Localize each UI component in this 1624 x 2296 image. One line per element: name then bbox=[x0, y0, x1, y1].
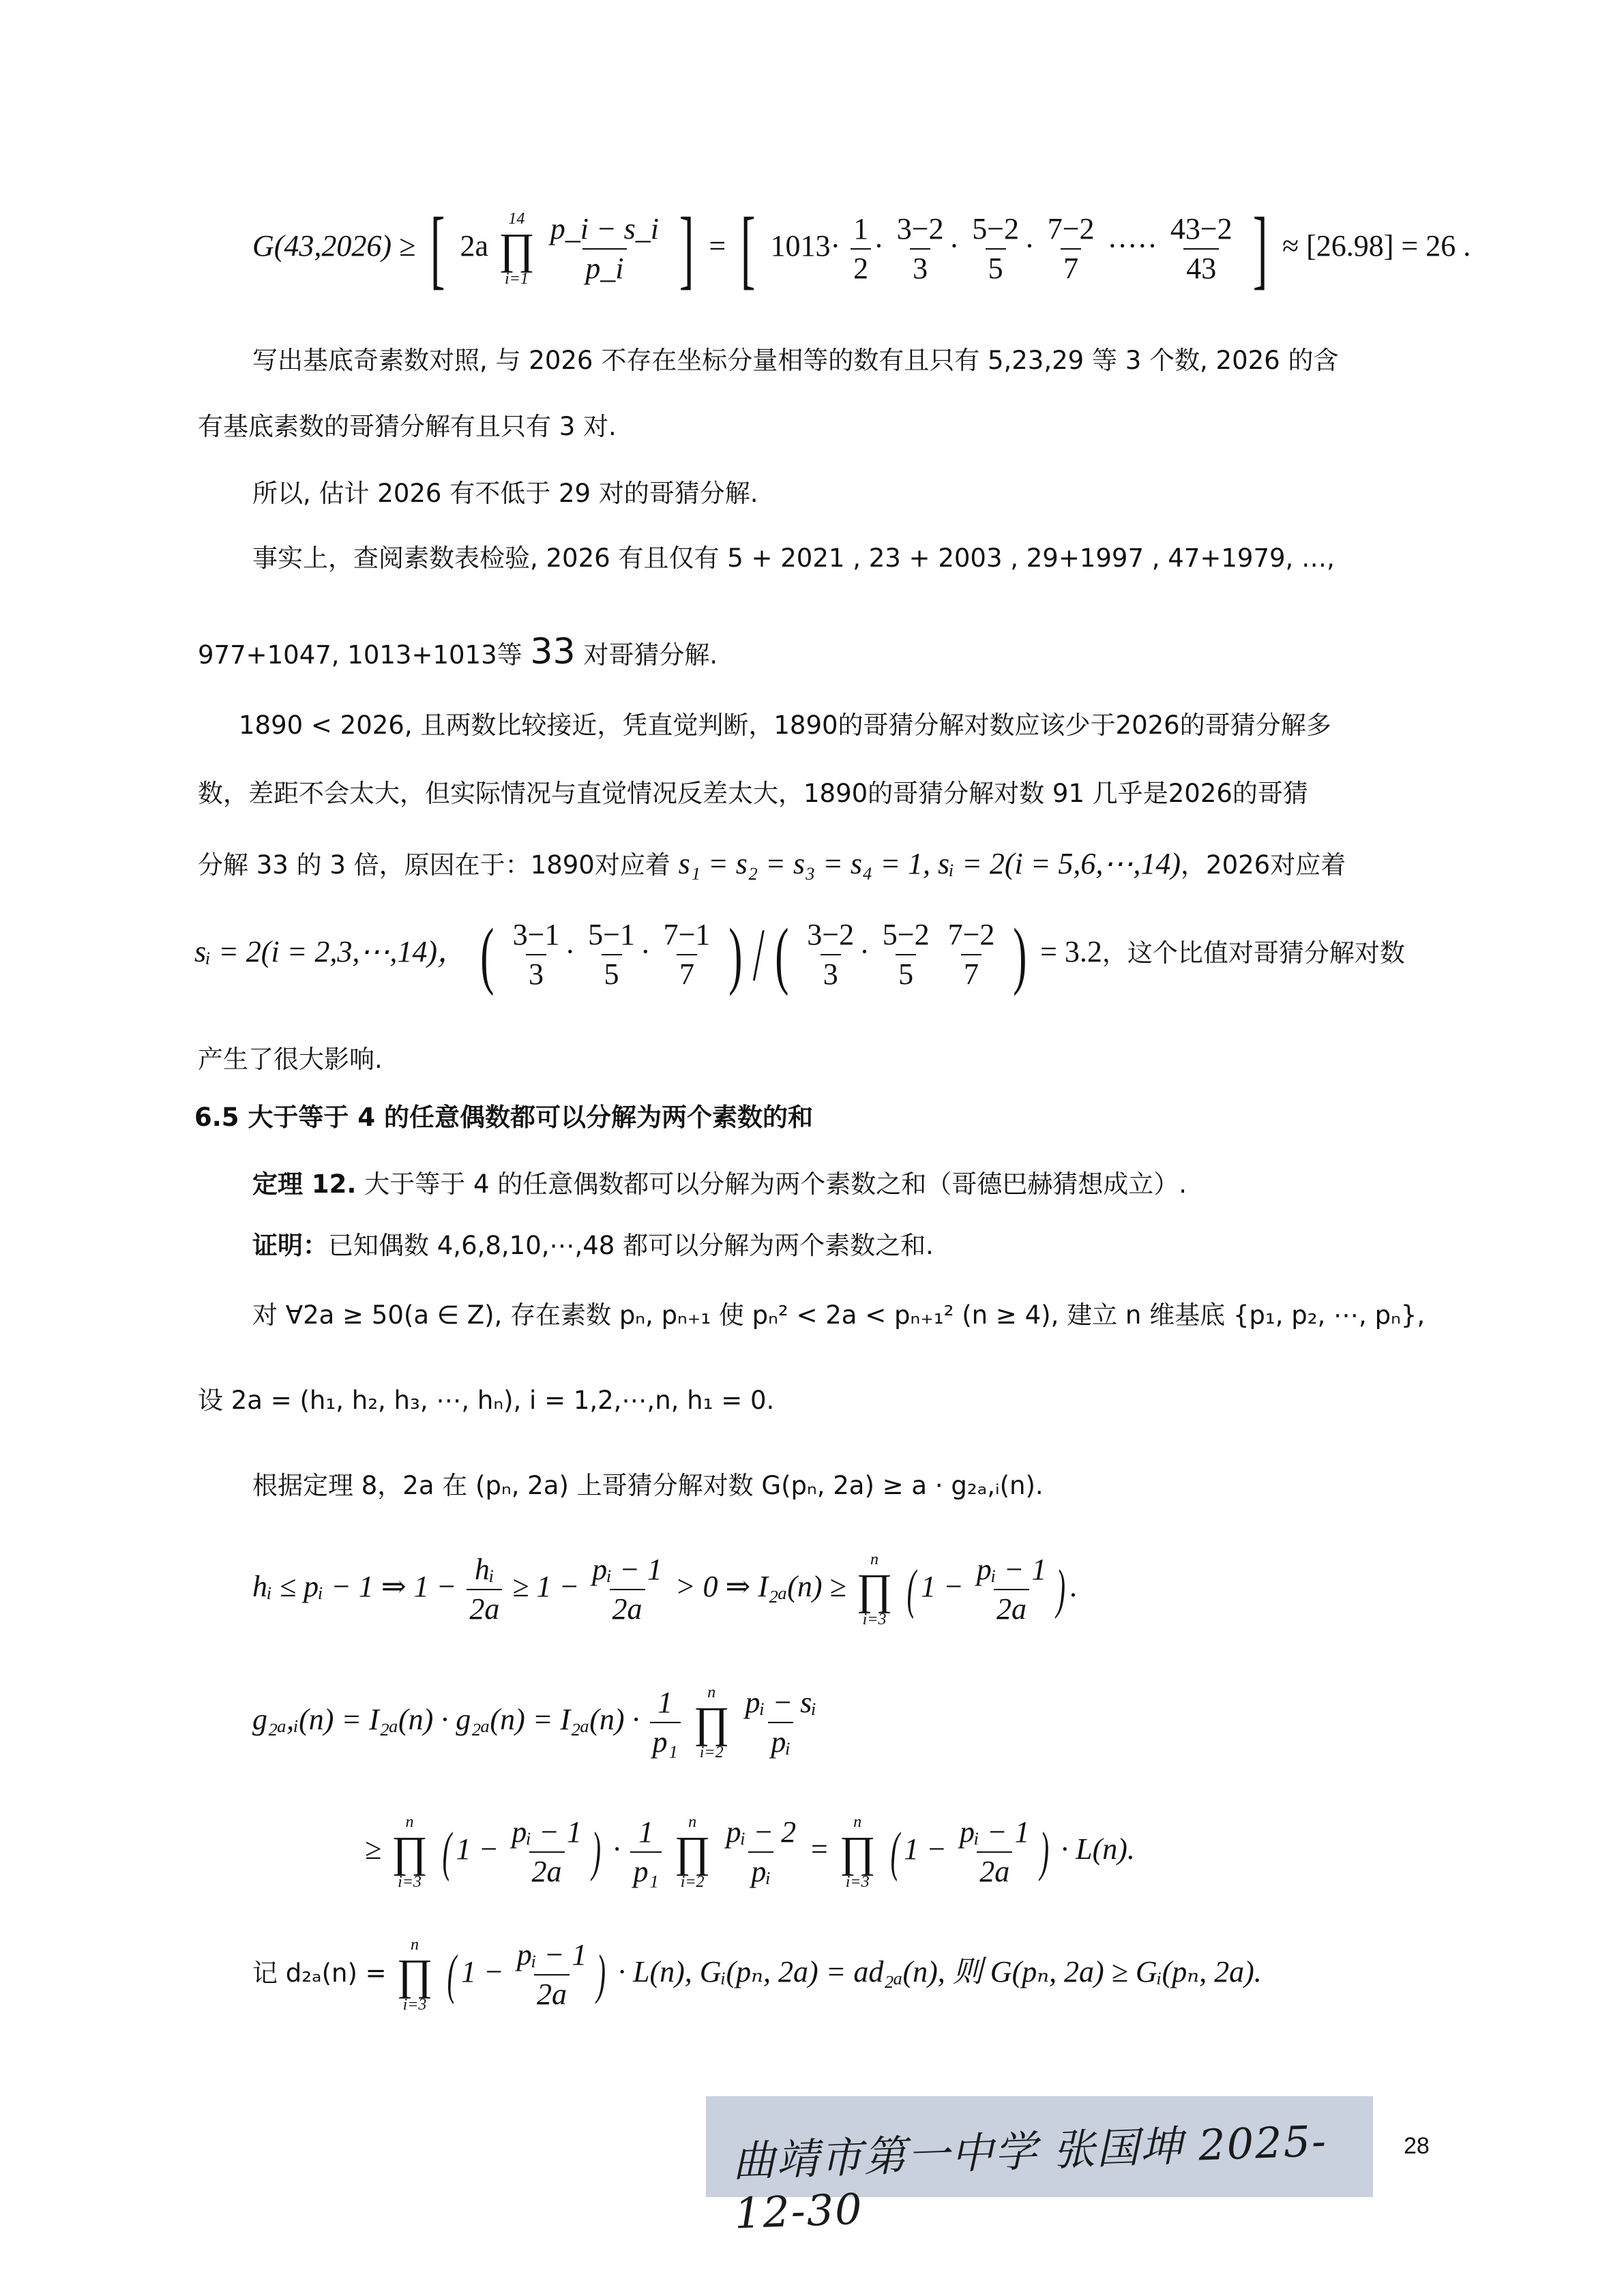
text-segment: ，这个比值对哥猜分解对数 bbox=[1102, 938, 1405, 968]
denominator: 5 bbox=[986, 248, 1006, 284]
section-title: 大于等于 4 的任意偶数都可以分解为两个素数的和 bbox=[248, 1103, 813, 1132]
denominator: 7 bbox=[961, 954, 981, 989]
text-segment: 对哥猜分解. bbox=[576, 640, 718, 670]
prod-lower: i=3 bbox=[863, 1611, 887, 1628]
fraction: pᵢ − sᵢpᵢ bbox=[743, 1688, 820, 1757]
prod-symbol: ∏ bbox=[694, 1701, 730, 1744]
right-paren: ) bbox=[1057, 1562, 1065, 1617]
denominator: p_i bbox=[582, 248, 626, 284]
fraction: pᵢ − 2pᵢ bbox=[723, 1817, 799, 1887]
definition-d-2a: 记 d₂ₐ(n) = n∏i=3 (1 − pᵢ − 12a) · L(n), … bbox=[252, 1937, 1262, 2013]
denominator: 5 bbox=[602, 954, 622, 989]
prod-lower: i=2 bbox=[681, 1874, 705, 1890]
left-paren: ( bbox=[890, 1825, 899, 1879]
equation-g-43-2026: G(43,2026) ≥ [ 2a 14 ∏ i=1 p_i − s_i p_i… bbox=[252, 205, 1471, 293]
equals: = bbox=[809, 1832, 829, 1866]
paragraph-line: 对 ∀2a ≥ 50(a ∈ Z), 存在素数 pₙ, pₙ₊₁ 使 pₙ² <… bbox=[252, 1302, 1425, 1328]
denominator: 2a bbox=[994, 1589, 1029, 1624]
numerator: 7−2 bbox=[1045, 214, 1097, 248]
paragraph-line: 1890 < 2026, 且两数比较接近，凭直觉判断，1890的哥猜分解对数应该… bbox=[239, 713, 1331, 738]
paragraph-line: 产生了很大影响. bbox=[198, 1047, 383, 1072]
left-bracket: [ bbox=[741, 205, 756, 293]
coef-1013: 1013· bbox=[770, 229, 840, 263]
paragraph-line: 有基底素数的哥猜分解有且只有 3 对. bbox=[198, 414, 617, 439]
product-operator: n∏i=2 bbox=[675, 1814, 711, 1890]
fraction: 7−17 bbox=[661, 920, 713, 989]
fraction: 3−23 bbox=[804, 920, 857, 989]
fraction: 5−15 bbox=[585, 920, 638, 989]
expr-part: 1 − bbox=[921, 1570, 964, 1603]
numerator: pᵢ − sᵢ bbox=[743, 1688, 820, 1722]
count-33: 33 bbox=[530, 631, 575, 672]
numerator: pᵢ − 1 bbox=[509, 1817, 585, 1851]
prod-symbol: ∏ bbox=[397, 1953, 433, 1997]
product-operator: n∏i=3 bbox=[397, 1937, 433, 2013]
denominator: 2 bbox=[851, 248, 871, 284]
denominator: 3 bbox=[526, 954, 546, 989]
denominator: pᵢ bbox=[768, 1722, 793, 1757]
numerator: 3−2 bbox=[804, 920, 857, 954]
fraction: pᵢ − 12a bbox=[957, 1817, 1033, 1887]
prod-symbol: ∏ bbox=[499, 227, 535, 271]
text-segment: 977+1047, 1013+1013等 bbox=[198, 640, 530, 670]
product-operator: n∏i=3 bbox=[392, 1814, 428, 1890]
division-slash: / bbox=[753, 917, 765, 992]
dot: · bbox=[612, 1832, 620, 1866]
denominator: 43 bbox=[1183, 248, 1219, 284]
fraction: 3−13 bbox=[510, 920, 563, 989]
handwritten-signature: 曲靖市第一中学 张国坤 2025-12-30 bbox=[731, 2106, 1374, 2239]
left-paren: ( bbox=[480, 917, 494, 992]
fraction: hᵢ2a bbox=[467, 1555, 502, 1624]
prod-symbol: ∏ bbox=[392, 1830, 428, 1874]
prod-lower: i=1 bbox=[505, 271, 529, 287]
ratio-equation: sᵢ = 2(i = 2,3,⋯,14)， ( 3−13· 5−15· 7−17… bbox=[194, 917, 1405, 992]
numerator: 43−2 bbox=[1168, 214, 1235, 248]
theorem-label: 定理 12. bbox=[252, 1169, 356, 1199]
expr-part: g₂ₐ,ᵢ(n) = I₂ₐ(n) · g₂ₐ(n) = I₂ₐ(n) · bbox=[252, 1703, 640, 1736]
theorem-12: 定理 12. 大于等于 4 的任意偶数都可以分解为两个素数之和（哥德巴赫猜想成立… bbox=[252, 1172, 1187, 1197]
denominator: 2a bbox=[977, 1851, 1012, 1887]
expr-part: 1 − bbox=[904, 1832, 947, 1866]
denominator: p₁ bbox=[650, 1722, 681, 1757]
right-bracket: ] bbox=[679, 205, 694, 293]
page-number: 28 bbox=[1404, 2133, 1430, 2160]
left-paren: ( bbox=[447, 1948, 456, 2002]
right-paren: ) bbox=[597, 1948, 606, 2002]
numerator: pᵢ − 1 bbox=[589, 1555, 665, 1589]
fraction: 7−27 bbox=[945, 920, 998, 989]
prod-lower: i=3 bbox=[846, 1874, 870, 1890]
left-paren: ( bbox=[907, 1562, 916, 1617]
fraction: pᵢ − 12a bbox=[589, 1555, 665, 1624]
numerator: pᵢ − 1 bbox=[957, 1817, 1033, 1851]
expr-part: · L(n), Gᵢ(pₙ, 2a) = ad₂ₐ(n), 则 G(pₙ, 2a… bbox=[618, 1955, 1262, 1988]
right-paren: ) bbox=[592, 1825, 601, 1879]
ge-sign: ≥ bbox=[365, 1832, 381, 1866]
numerator: pᵢ − 1 bbox=[974, 1555, 1050, 1589]
signature-image: 曲靖市第一中学 张国坤 2025-12-30 bbox=[706, 2096, 1373, 2197]
product-operator: n∏i=3 bbox=[857, 1551, 893, 1628]
numerator: 7−2 bbox=[945, 920, 998, 954]
approx-result: ≈ [26.98] = 26 . bbox=[1282, 229, 1471, 263]
denominator: 2a bbox=[467, 1589, 502, 1624]
fraction: 12 bbox=[851, 214, 871, 284]
prod-lower: i=3 bbox=[403, 1997, 427, 2013]
left-paren: ( bbox=[443, 1825, 452, 1879]
paragraph: 所以, 估计 2026 有不低于 29 对的哥猜分解. bbox=[252, 481, 758, 506]
ellipsis: ····· bbox=[1108, 229, 1157, 263]
fraction: pᵢ − 12a bbox=[974, 1555, 1050, 1624]
numerator: 5−2 bbox=[969, 214, 1022, 248]
numerator: 3−2 bbox=[894, 214, 947, 248]
right-paren: ) bbox=[1039, 1825, 1048, 1879]
fraction: pᵢ − 12a bbox=[514, 1940, 590, 2010]
fraction: 1p₁ bbox=[630, 1817, 661, 1887]
fraction: 43−243 bbox=[1168, 214, 1235, 284]
proof-text: 已知偶数 4,6,8,10,⋯,48 都可以分解为两个素数之和. bbox=[328, 1231, 934, 1260]
right-bracket: ] bbox=[1252, 205, 1267, 293]
equals: = bbox=[709, 229, 726, 263]
prod-symbol: ∏ bbox=[675, 1830, 711, 1874]
si-def: sᵢ = 2(i = 2,3,⋯,14)， bbox=[194, 935, 467, 968]
text-segment: ，2026对应着 bbox=[1181, 850, 1346, 880]
numerator: 1 bbox=[851, 214, 871, 248]
numerator: 1 bbox=[636, 1817, 656, 1851]
numerator: p_i − s_i bbox=[548, 214, 662, 248]
paragraph-line: 977+1047, 1013+1013等 33 对哥猜分解. bbox=[198, 634, 718, 670]
left-paren: ( bbox=[775, 917, 788, 992]
left-bracket: [ bbox=[430, 205, 445, 293]
denominator: 2a bbox=[610, 1589, 645, 1624]
fraction: 3−23 bbox=[894, 214, 947, 284]
expr-part: hᵢ ≤ pᵢ − 1 ⇒ 1 − bbox=[252, 1570, 456, 1603]
denominator: 5 bbox=[896, 954, 916, 989]
product-operator: n∏i=3 bbox=[840, 1814, 876, 1890]
ratio-result: = 3.2 bbox=[1040, 935, 1102, 968]
paragraph-line: 事实上，查阅素数表检验, 2026 有且仅有 5 + 2021 , 23 + 2… bbox=[252, 546, 1335, 571]
numerator: 5−2 bbox=[880, 920, 932, 954]
inequality-h-i: hᵢ ≤ pᵢ − 1 ⇒ 1 − hᵢ2a ≥ 1 − pᵢ − 12a > … bbox=[252, 1551, 1078, 1628]
denominator: p₁ bbox=[630, 1851, 661, 1887]
expr-part: ≥ 1 − bbox=[512, 1570, 579, 1603]
prod-lower: i=3 bbox=[398, 1874, 422, 1890]
text-segment: 分解 33 的 3 倍，原因在于：1890对应着 bbox=[198, 850, 679, 880]
section-number: 6.5 bbox=[194, 1103, 239, 1132]
denominator: 2a bbox=[529, 1851, 565, 1887]
fraction: 7−27 bbox=[1045, 214, 1097, 284]
math-inline: s₁ = s₂ = s₃ = s₄ = 1, sᵢ = 2(i = 5,6,⋯,… bbox=[679, 847, 1181, 880]
numerator: 3−1 bbox=[510, 920, 563, 954]
right-paren: ) bbox=[1014, 917, 1027, 992]
product-operator: 14 ∏ i=1 bbox=[499, 211, 535, 287]
denominator: 3 bbox=[910, 248, 930, 284]
numerator: 1 bbox=[655, 1688, 675, 1722]
expr-part: 记 d₂ₐ(n) = bbox=[252, 1958, 387, 1988]
paragraph-line: 数，差距不会太大，但实际情况与直觉情况反差太大，1890的哥猜分解对数 91 几… bbox=[198, 781, 1308, 806]
denominator: 3 bbox=[821, 954, 841, 989]
proof-start: 证明：已知偶数 4,6,8,10,⋯,48 都可以分解为两个素数之和. bbox=[252, 1233, 934, 1258]
prod-lower: i=2 bbox=[700, 1744, 724, 1761]
theorem-text: 大于等于 4 的任意偶数都可以分解为两个素数之和（哥德巴赫猜想成立）. bbox=[356, 1169, 1187, 1199]
expr-part: 1 − bbox=[456, 1832, 499, 1866]
eq1-coef: 2a bbox=[460, 229, 489, 263]
prod-symbol: ∏ bbox=[857, 1568, 893, 1611]
paragraph-line: 写出基底奇素数对照, 与 2026 不存在坐标分量相等的数有且只有 5,23,2… bbox=[252, 348, 1338, 373]
denominator: 2a bbox=[534, 1974, 570, 2010]
paragraph-line: 根据定理 8，2a 在 (pₙ, 2a) 上哥猜分解对数 G(pₙ, 2a) ≥… bbox=[252, 1473, 1044, 1498]
denominator: pᵢ bbox=[748, 1851, 773, 1887]
product-operator: n∏i=2 bbox=[694, 1684, 730, 1761]
prod-symbol: ∏ bbox=[840, 1830, 876, 1874]
expr-part: > 0 ⇒ I₂ₐ(n) ≥ bbox=[675, 1570, 846, 1603]
numerator: pᵢ − 2 bbox=[723, 1817, 799, 1851]
section-heading: 6.5 大于等于 4 的任意偶数都可以分解为两个素数的和 bbox=[194, 1105, 813, 1130]
denominator: 7 bbox=[677, 954, 697, 989]
inequality-chain: ≥ n∏i=3 (1 − pᵢ − 12a) · 1p₁ n∏i=2 pᵢ − … bbox=[365, 1814, 1135, 1890]
numerator: 5−1 bbox=[585, 920, 638, 954]
paragraph-line: 分解 33 的 3 倍，原因在于：1890对应着 s₁ = s₂ = s₃ = … bbox=[198, 849, 1346, 879]
fraction: 1p₁ bbox=[650, 1688, 681, 1757]
period: . bbox=[1070, 1570, 1078, 1603]
numerator: hᵢ bbox=[472, 1555, 497, 1589]
eq1-lhs: G(43,2026) ≥ bbox=[252, 229, 415, 263]
fraction: 5−25 bbox=[969, 214, 1022, 284]
expr-part: 1 − bbox=[461, 1955, 504, 1988]
expr-part: · L(n). bbox=[1061, 1832, 1135, 1866]
denominator: 7 bbox=[1061, 248, 1081, 284]
proof-label: 证明： bbox=[252, 1231, 328, 1260]
right-paren: ) bbox=[729, 917, 743, 992]
equation-g-2a-I: g₂ₐ,ᵢ(n) = I₂ₐ(n) · g₂ₐ(n) = I₂ₐ(n) · 1p… bbox=[252, 1684, 822, 1761]
fraction: pᵢ − 12a bbox=[509, 1817, 585, 1887]
paragraph-line: 设 2a = (h₁, h₂, h₃, ⋯, hₙ), i = 1,2,⋯,n,… bbox=[198, 1388, 774, 1413]
numerator: 7−1 bbox=[661, 920, 713, 954]
fraction: p_i − s_i p_i bbox=[548, 214, 662, 284]
fraction: 5−25 bbox=[880, 920, 932, 989]
numerator: pᵢ − 1 bbox=[514, 1940, 590, 1974]
